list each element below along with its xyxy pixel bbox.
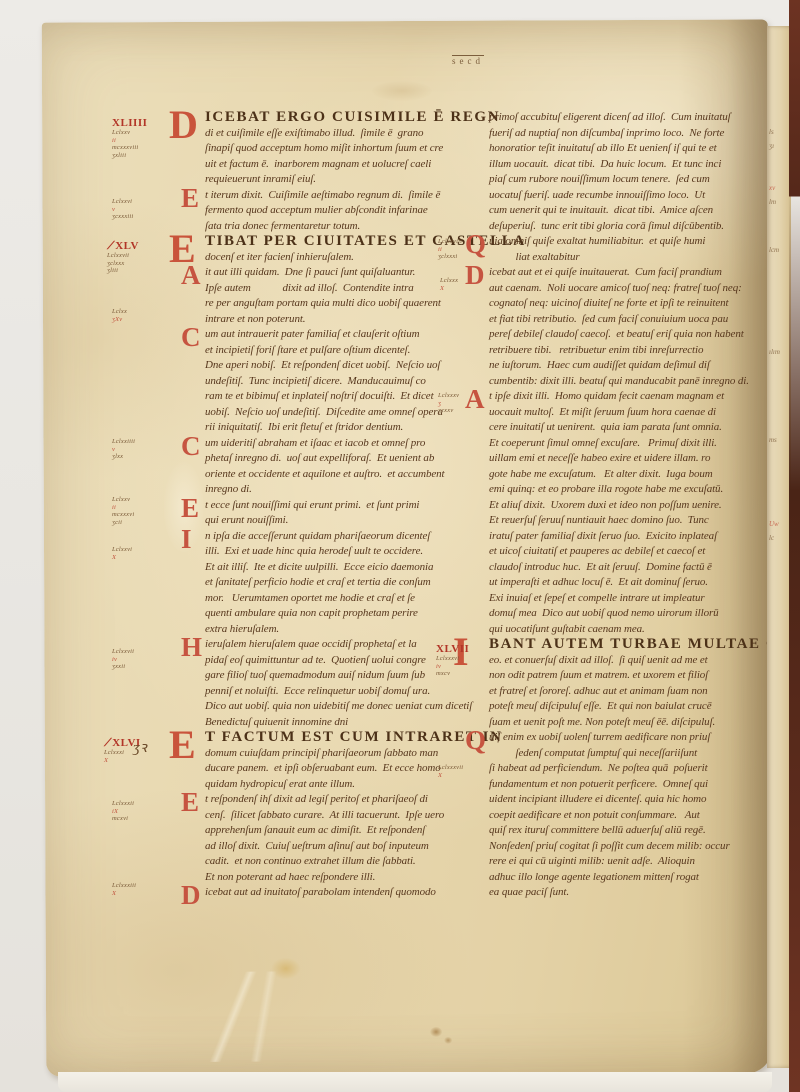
next-leaf-marginalia: lcm — [769, 246, 779, 254]
next-leaf-marginalia: lc — [769, 534, 774, 542]
canon-reference: Lclxxiiii — [112, 438, 135, 446]
canon-margin-note: LclxxxviiX — [438, 764, 463, 779]
canon-margin-note: ⟋XLVLclxxviiʒclxxxʒliii — [107, 241, 139, 275]
canon-reference: mcxxxviii — [112, 144, 147, 152]
book-binding — [789, 0, 800, 1092]
canon-reference: Lclxxvi — [112, 198, 133, 206]
canon-reference: Lclxxvii — [112, 648, 134, 656]
canon-reference: ii — [112, 504, 134, 512]
canon-reference: mxcv — [436, 670, 469, 678]
canon-reference: iX — [112, 808, 134, 816]
canon-reference: ʒliii — [107, 267, 139, 275]
canon-reference: mcxxxvi — [112, 511, 134, 519]
canon-reference: ʒ — [438, 400, 459, 408]
canon-reference: ʒcxxv — [438, 407, 459, 415]
canon-reference: Lclxxviii — [438, 238, 462, 246]
canon-margin-note: Lclxxviiiiiʒclxxxi — [438, 238, 462, 261]
canon-reference: Lclxxxvii — [438, 764, 463, 772]
canon-reference: X — [112, 554, 132, 562]
canon-margin-note: Lclxxviimcxxxviʒcii — [112, 496, 134, 526]
canon-reference: ʒclxxxi — [438, 253, 462, 261]
canon-reference: ʒxliii — [112, 152, 147, 160]
chapter-numeral: XLVII — [436, 644, 469, 655]
chapter-numeral: XLIIII — [112, 118, 147, 129]
next-leaf-marginalia: ılım — [769, 348, 780, 356]
canon-reference: ʒclxxx — [107, 260, 139, 268]
canon-margin-note: XLVIILclxxxviivmxcv — [436, 644, 469, 678]
canon-reference: Lclxxxv — [438, 392, 459, 400]
canon-reference: X — [438, 772, 463, 780]
canon-reference: Lclxxvii — [107, 252, 139, 260]
canon-margin-note: XLIIIILclxxviimcxxxviiiʒxliii — [112, 118, 147, 159]
canon-reference: Lclxxxii — [112, 800, 134, 808]
next-leaf-marginalia: ms — [769, 436, 777, 444]
canon-reference: ʒcii — [112, 519, 134, 527]
canon-margin-note: LclxxxiiiX — [112, 882, 136, 897]
canon-reference: ʒxxii — [112, 663, 134, 671]
canon-margin-note: Lclxxiiiivʒlxx — [112, 438, 135, 461]
chapter-numeral: ⟋XLV — [107, 241, 139, 252]
canon-reference: X — [440, 285, 458, 293]
margin-notes-layer: XLIIIILclxxviimcxxxviiiʒxliiiLclxxvivʒcx… — [0, 0, 800, 1092]
canon-reference: ʒcxxxiii — [112, 213, 133, 221]
canon-reference: mcxvi — [112, 815, 134, 823]
canon-margin-note: LclxxʒXv — [112, 308, 127, 323]
next-leaf-marginalia: lm — [769, 198, 776, 206]
next-leaf-marginalia: ʒı — [769, 142, 774, 150]
canon-margin-note: LclxxxiiiXmcxvi — [112, 800, 134, 823]
canon-reference: Lclxxxiii — [112, 882, 136, 890]
canon-reference: X — [104, 757, 141, 765]
photo-backdrop: secd DICEBAT ERGO CUISIMILE Ē REGNdi et … — [0, 0, 800, 1092]
next-leaf-marginalia: ls — [769, 128, 774, 136]
canon-reference: Lclxxvi — [112, 546, 132, 554]
canon-reference: Lclxxx — [440, 277, 458, 285]
canon-margin-note: Lclxxvivʒcxxxiii — [112, 198, 133, 221]
canon-reference: ii — [438, 246, 462, 254]
next-leaf-marginalia: Uw — [769, 520, 779, 528]
canon-reference: Lclxxv — [112, 496, 134, 504]
canon-margin-note: Lclxxxvʒʒcxxv — [438, 392, 459, 415]
canon-reference: ʒXv — [112, 316, 127, 324]
canon-reference: Lclxxxvi — [436, 655, 469, 663]
canon-margin-note: LclxxviX — [112, 546, 132, 561]
canon-reference: v — [112, 206, 133, 214]
correction-mark: ʒꝛ — [133, 737, 147, 757]
next-leaf-marginalia: xv — [769, 184, 775, 192]
next-page-edge: lsʒıxvlmlcmılımmsUwlc — [767, 26, 791, 1068]
canon-margin-note: Lclxxviiivʒxxii — [112, 648, 134, 671]
canon-reference: iv — [112, 656, 134, 664]
canon-reference: iv — [436, 663, 469, 671]
canon-reference: X — [112, 890, 136, 898]
canon-reference: Lclxx — [112, 308, 127, 316]
canon-reference: ʒlxx — [112, 453, 135, 461]
canon-margin-note: LclxxxX — [440, 277, 458, 292]
canon-reference: v — [112, 446, 135, 454]
page-edge-bottom — [58, 1072, 772, 1092]
canon-reference: Lclxxv — [112, 129, 147, 137]
canon-reference: ii — [112, 137, 147, 145]
